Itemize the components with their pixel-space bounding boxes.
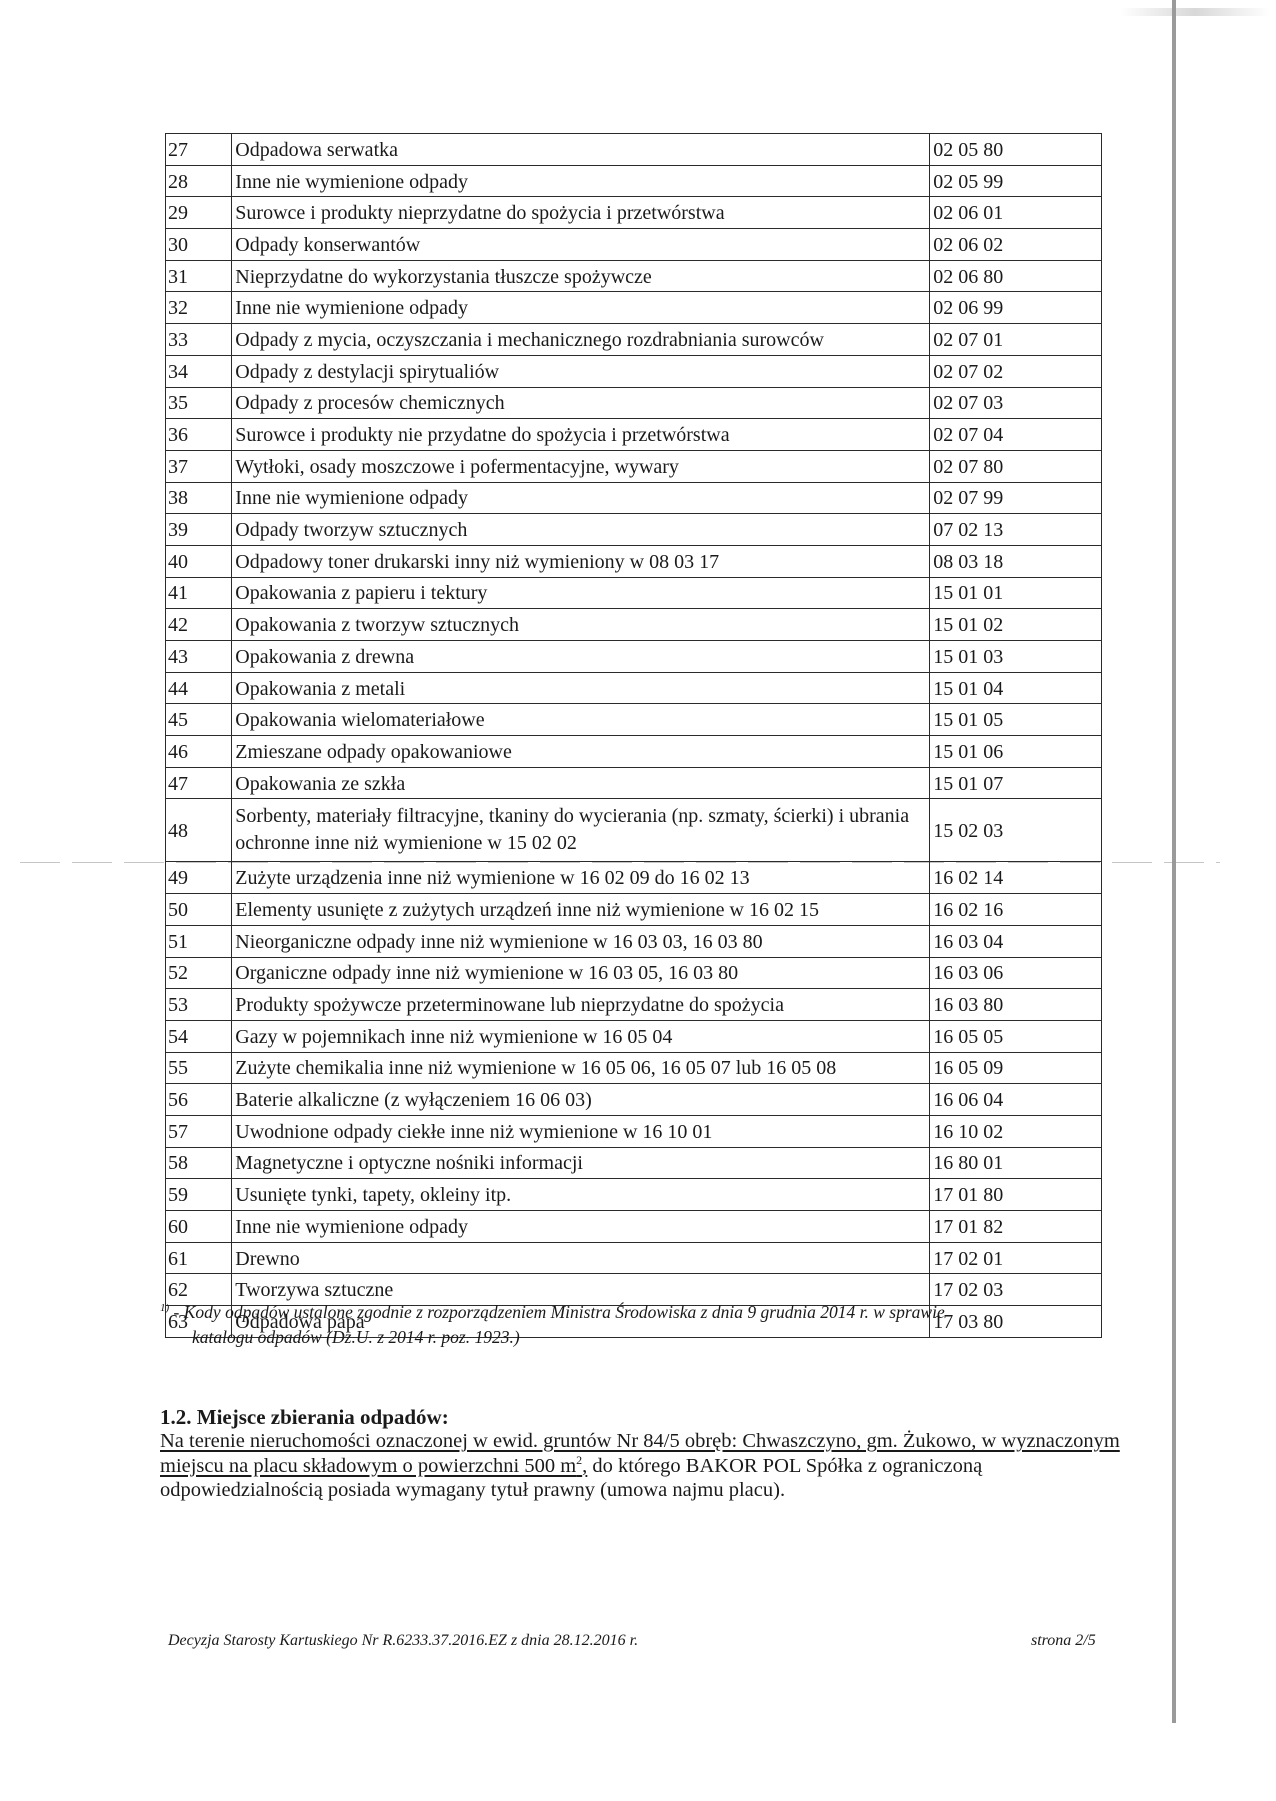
waste-name-cell: Opakowania ze szkła [232,767,930,799]
table-row: 37Wytłoki, osady moszczowe i pofermentac… [166,450,1102,482]
footer-decision-reference: Decyzja Starosty Kartuskiego Nr R.6233.3… [168,1632,638,1650]
waste-code-cell: 15 01 05 [930,704,1102,736]
waste-code-cell: 16 05 09 [930,1052,1102,1084]
table-row: 35Odpady z procesów chemicznych02 07 03 [166,387,1102,419]
row-number-cell: 30 [166,229,232,261]
waste-name-cell: Opakowania z metali [232,672,930,704]
row-number-cell: 51 [166,925,232,957]
table-row: 41Opakowania z papieru i tektury15 01 01 [166,577,1102,609]
section-body: Na terenie nieruchomości oznaczonej w ew… [160,1429,1120,1503]
waste-code-cell: 17 01 82 [930,1211,1102,1243]
waste-code-cell: 02 06 80 [930,260,1102,292]
table-row: 34Odpady z destylacji spirytualiów02 07 … [166,355,1102,387]
waste-name-cell: Nieprzydatne do wykorzystania tłuszcze s… [232,260,930,292]
waste-name-cell: Inne nie wymienione odpady [232,482,930,514]
waste-code-cell: 02 07 04 [930,419,1102,451]
waste-name-cell: Opakowania z papieru i tektury [232,577,930,609]
row-number-cell: 29 [166,197,232,229]
table-row: 56Baterie alkaliczne (z wyłączeniem 16 0… [166,1084,1102,1116]
row-number-cell: 56 [166,1084,232,1116]
waste-code-cell: 16 80 01 [930,1147,1102,1179]
table-row: 52Organiczne odpady inne niż wymienione … [166,957,1102,989]
row-number-cell: 34 [166,355,232,387]
row-number-cell: 35 [166,387,232,419]
waste-code-cell: 17 01 80 [930,1179,1102,1211]
waste-name-cell: Odpady z destylacji spirytualiów [232,355,930,387]
row-number-cell: 50 [166,894,232,926]
waste-name-cell: Odpady tworzyw sztucznych [232,514,930,546]
table-row: 45Opakowania wielomateriałowe15 01 05 [166,704,1102,736]
waste-name-cell: Gazy w pojemnikach inne niż wymienione w… [232,1020,930,1052]
waste-codes-table-body: 27Odpadowa serwatka02 05 8028Inne nie wy… [166,134,1102,1338]
footnote-marker: 1) [160,1302,169,1314]
waste-code-cell: 15 01 04 [930,672,1102,704]
row-number-cell: 53 [166,989,232,1021]
waste-code-cell: 15 01 01 [930,577,1102,609]
waste-name-cell: Drewno [232,1242,930,1274]
row-number-cell: 41 [166,577,232,609]
row-number-cell: 44 [166,672,232,704]
waste-name-cell: Opakowania z drewna [232,641,930,673]
row-number-cell: 57 [166,1115,232,1147]
row-number-cell: 52 [166,957,232,989]
table-row: 30Odpady konserwantów02 06 02 [166,229,1102,261]
table-row: 43Opakowania z drewna15 01 03 [166,641,1102,673]
table-row: 57Uwodnione odpady ciekłe inne niż wymie… [166,1115,1102,1147]
waste-name-cell: Sorbenty, materiały filtracyjne, tkaniny… [232,799,930,862]
waste-code-cell: 15 01 07 [930,767,1102,799]
footnote: 1) - Kody odpadów ustalone zgodnie z roz… [160,1300,1120,1350]
waste-code-cell: 02 07 02 [930,355,1102,387]
table-row: 32Inne nie wymienione odpady02 06 99 [166,292,1102,324]
waste-name-cell: Inne nie wymienione odpady [232,1211,930,1243]
table-row: 39Odpady tworzyw sztucznych07 02 13 [166,514,1102,546]
waste-code-cell: 15 02 03 [930,799,1102,862]
waste-code-cell: 02 06 02 [930,229,1102,261]
row-number-cell: 39 [166,514,232,546]
waste-name-cell: Odpadowy toner drukarski inny niż wymien… [232,545,930,577]
row-number-cell: 33 [166,324,232,356]
waste-name-cell: Odpady z procesów chemicznych [232,387,930,419]
waste-code-cell: 16 02 16 [930,894,1102,926]
waste-codes-table: 27Odpadowa serwatka02 05 8028Inne nie wy… [165,133,1102,1338]
table-row: 31Nieprzydatne do wykorzystania tłuszcze… [166,260,1102,292]
table-row: 47Opakowania ze szkła15 01 07 [166,767,1102,799]
table-row: 54Gazy w pojemnikach inne niż wymienione… [166,1020,1102,1052]
table-row: 44Opakowania z metali15 01 04 [166,672,1102,704]
row-number-cell: 60 [166,1211,232,1243]
waste-code-cell: 16 05 05 [930,1020,1102,1052]
waste-code-cell: 02 05 99 [930,165,1102,197]
table-row: 59Usunięte tynki, tapety, okleiny itp.17… [166,1179,1102,1211]
waste-name-cell: Elementy usunięte z zużytych urządzeń in… [232,894,930,926]
table-row: 40Odpadowy toner drukarski inny niż wymi… [166,545,1102,577]
waste-name-cell: Zmieszane odpady opakowaniowe [232,736,930,768]
waste-code-cell: 02 07 03 [930,387,1102,419]
waste-code-cell: 16 02 14 [930,862,1102,894]
table-row: 28Inne nie wymienione odpady02 05 99 [166,165,1102,197]
table-row: 36Surowce i produkty nie przydatne do sp… [166,419,1102,451]
waste-code-cell: 07 02 13 [930,514,1102,546]
waste-name-cell: Uwodnione odpady ciekłe inne niż wymieni… [232,1115,930,1147]
waste-name-cell: Usunięte tynki, tapety, okleiny itp. [232,1179,930,1211]
waste-name-cell: Opakowania z tworzyw sztucznych [232,609,930,641]
footer-page-number: strona 2/5 [1031,1632,1096,1650]
waste-name-cell: Odpadowa serwatka [232,134,930,166]
row-number-cell: 45 [166,704,232,736]
table-row: 48Sorbenty, materiały filtracyjne, tkani… [166,799,1102,862]
row-number-cell: 40 [166,545,232,577]
table-row: 46Zmieszane odpady opakowaniowe15 01 06 [166,736,1102,768]
row-number-cell: 42 [166,609,232,641]
table-row: 51Nieorganiczne odpady inne niż wymienio… [166,925,1102,957]
table-row: 58Magnetyczne i optyczne nośniki informa… [166,1147,1102,1179]
waste-code-cell: 02 07 80 [930,450,1102,482]
row-number-cell: 37 [166,450,232,482]
table-row: 53Produkty spożywcze przeterminowane lub… [166,989,1102,1021]
row-number-cell: 36 [166,419,232,451]
table-row: 27Odpadowa serwatka02 05 80 [166,134,1102,166]
waste-name-cell: Produkty spożywcze przeterminowane lub n… [232,989,930,1021]
table-row: 60Inne nie wymienione odpady17 01 82 [166,1211,1102,1243]
row-number-cell: 61 [166,1242,232,1274]
waste-name-cell: Odpady z mycia, oczyszczania i mechanicz… [232,324,930,356]
waste-name-cell: Opakowania wielomateriałowe [232,704,930,736]
waste-code-cell: 02 06 99 [930,292,1102,324]
table-row: 38Inne nie wymienione odpady02 07 99 [166,482,1102,514]
table-row: 49Zużyte urządzenia inne niż wymienione … [166,862,1102,894]
waste-code-cell: 02 05 80 [930,134,1102,166]
waste-name-cell: Magnetyczne i optyczne nośniki informacj… [232,1147,930,1179]
waste-name-cell: Inne nie wymienione odpady [232,165,930,197]
waste-name-cell: Inne nie wymienione odpady [232,292,930,324]
waste-code-cell: 02 07 01 [930,324,1102,356]
waste-name-cell: Wytłoki, osady moszczowe i pofermentacyj… [232,450,930,482]
row-number-cell: 54 [166,1020,232,1052]
section-title: 1.2. Miejsce zbierania odpadów: [160,1405,449,1429]
row-number-cell: 59 [166,1179,232,1211]
waste-code-cell: 16 03 06 [930,957,1102,989]
waste-code-cell: 16 10 02 [930,1115,1102,1147]
row-number-cell: 48 [166,799,232,862]
waste-name-cell: Surowce i produkty nieprzydatne do spoży… [232,197,930,229]
waste-name-cell: Baterie alkaliczne (z wyłączeniem 16 06 … [232,1084,930,1116]
footnote-line-2: katalogu odpadów (Dz.U. z 2014 r. poz. 1… [160,1325,1120,1350]
waste-name-cell: Zużyte urządzenia inne niż wymienione w … [232,862,930,894]
footnote-line-1: - Kody odpadów ustalone zgodnie z rozpor… [169,1302,945,1322]
waste-name-cell: Nieorganiczne odpady inne niż wymienione… [232,925,930,957]
waste-code-cell: 08 03 18 [930,545,1102,577]
scan-artifact-smudge [1120,8,1270,16]
row-number-cell: 43 [166,641,232,673]
row-number-cell: 27 [166,134,232,166]
waste-code-cell: 16 03 80 [930,989,1102,1021]
table-row: 50Elementy usunięte z zużytych urządzeń … [166,894,1102,926]
waste-name-cell: Zużyte chemikalia inne niż wymienione w … [232,1052,930,1084]
waste-code-cell: 15 01 06 [930,736,1102,768]
waste-code-cell: 02 06 01 [930,197,1102,229]
row-number-cell: 31 [166,260,232,292]
waste-code-cell: 15 01 02 [930,609,1102,641]
waste-code-cell: 15 01 03 [930,641,1102,673]
waste-code-cell: 17 02 01 [930,1242,1102,1274]
row-number-cell: 46 [166,736,232,768]
row-number-cell: 55 [166,1052,232,1084]
table-row: 55Zużyte chemikalia inne niż wymienione … [166,1052,1102,1084]
table-row: 29Surowce i produkty nieprzydatne do spo… [166,197,1102,229]
row-number-cell: 58 [166,1147,232,1179]
table-row: 42Opakowania z tworzyw sztucznych15 01 0… [166,609,1102,641]
waste-name-cell: Odpady konserwantów [232,229,930,261]
row-number-cell: 28 [166,165,232,197]
waste-name-cell: Organiczne odpady inne niż wymienione w … [232,957,930,989]
row-number-cell: 47 [166,767,232,799]
waste-code-cell: 16 03 04 [930,925,1102,957]
row-number-cell: 32 [166,292,232,324]
waste-code-cell: 16 06 04 [930,1084,1102,1116]
waste-code-cell: 02 07 99 [930,482,1102,514]
waste-name-cell: Surowce i produkty nie przydatne do spoż… [232,419,930,451]
table-row: 33Odpady z mycia, oczyszczania i mechani… [166,324,1102,356]
row-number-cell: 38 [166,482,232,514]
table-row: 61Drewno17 02 01 [166,1242,1102,1274]
row-number-cell: 49 [166,862,232,894]
